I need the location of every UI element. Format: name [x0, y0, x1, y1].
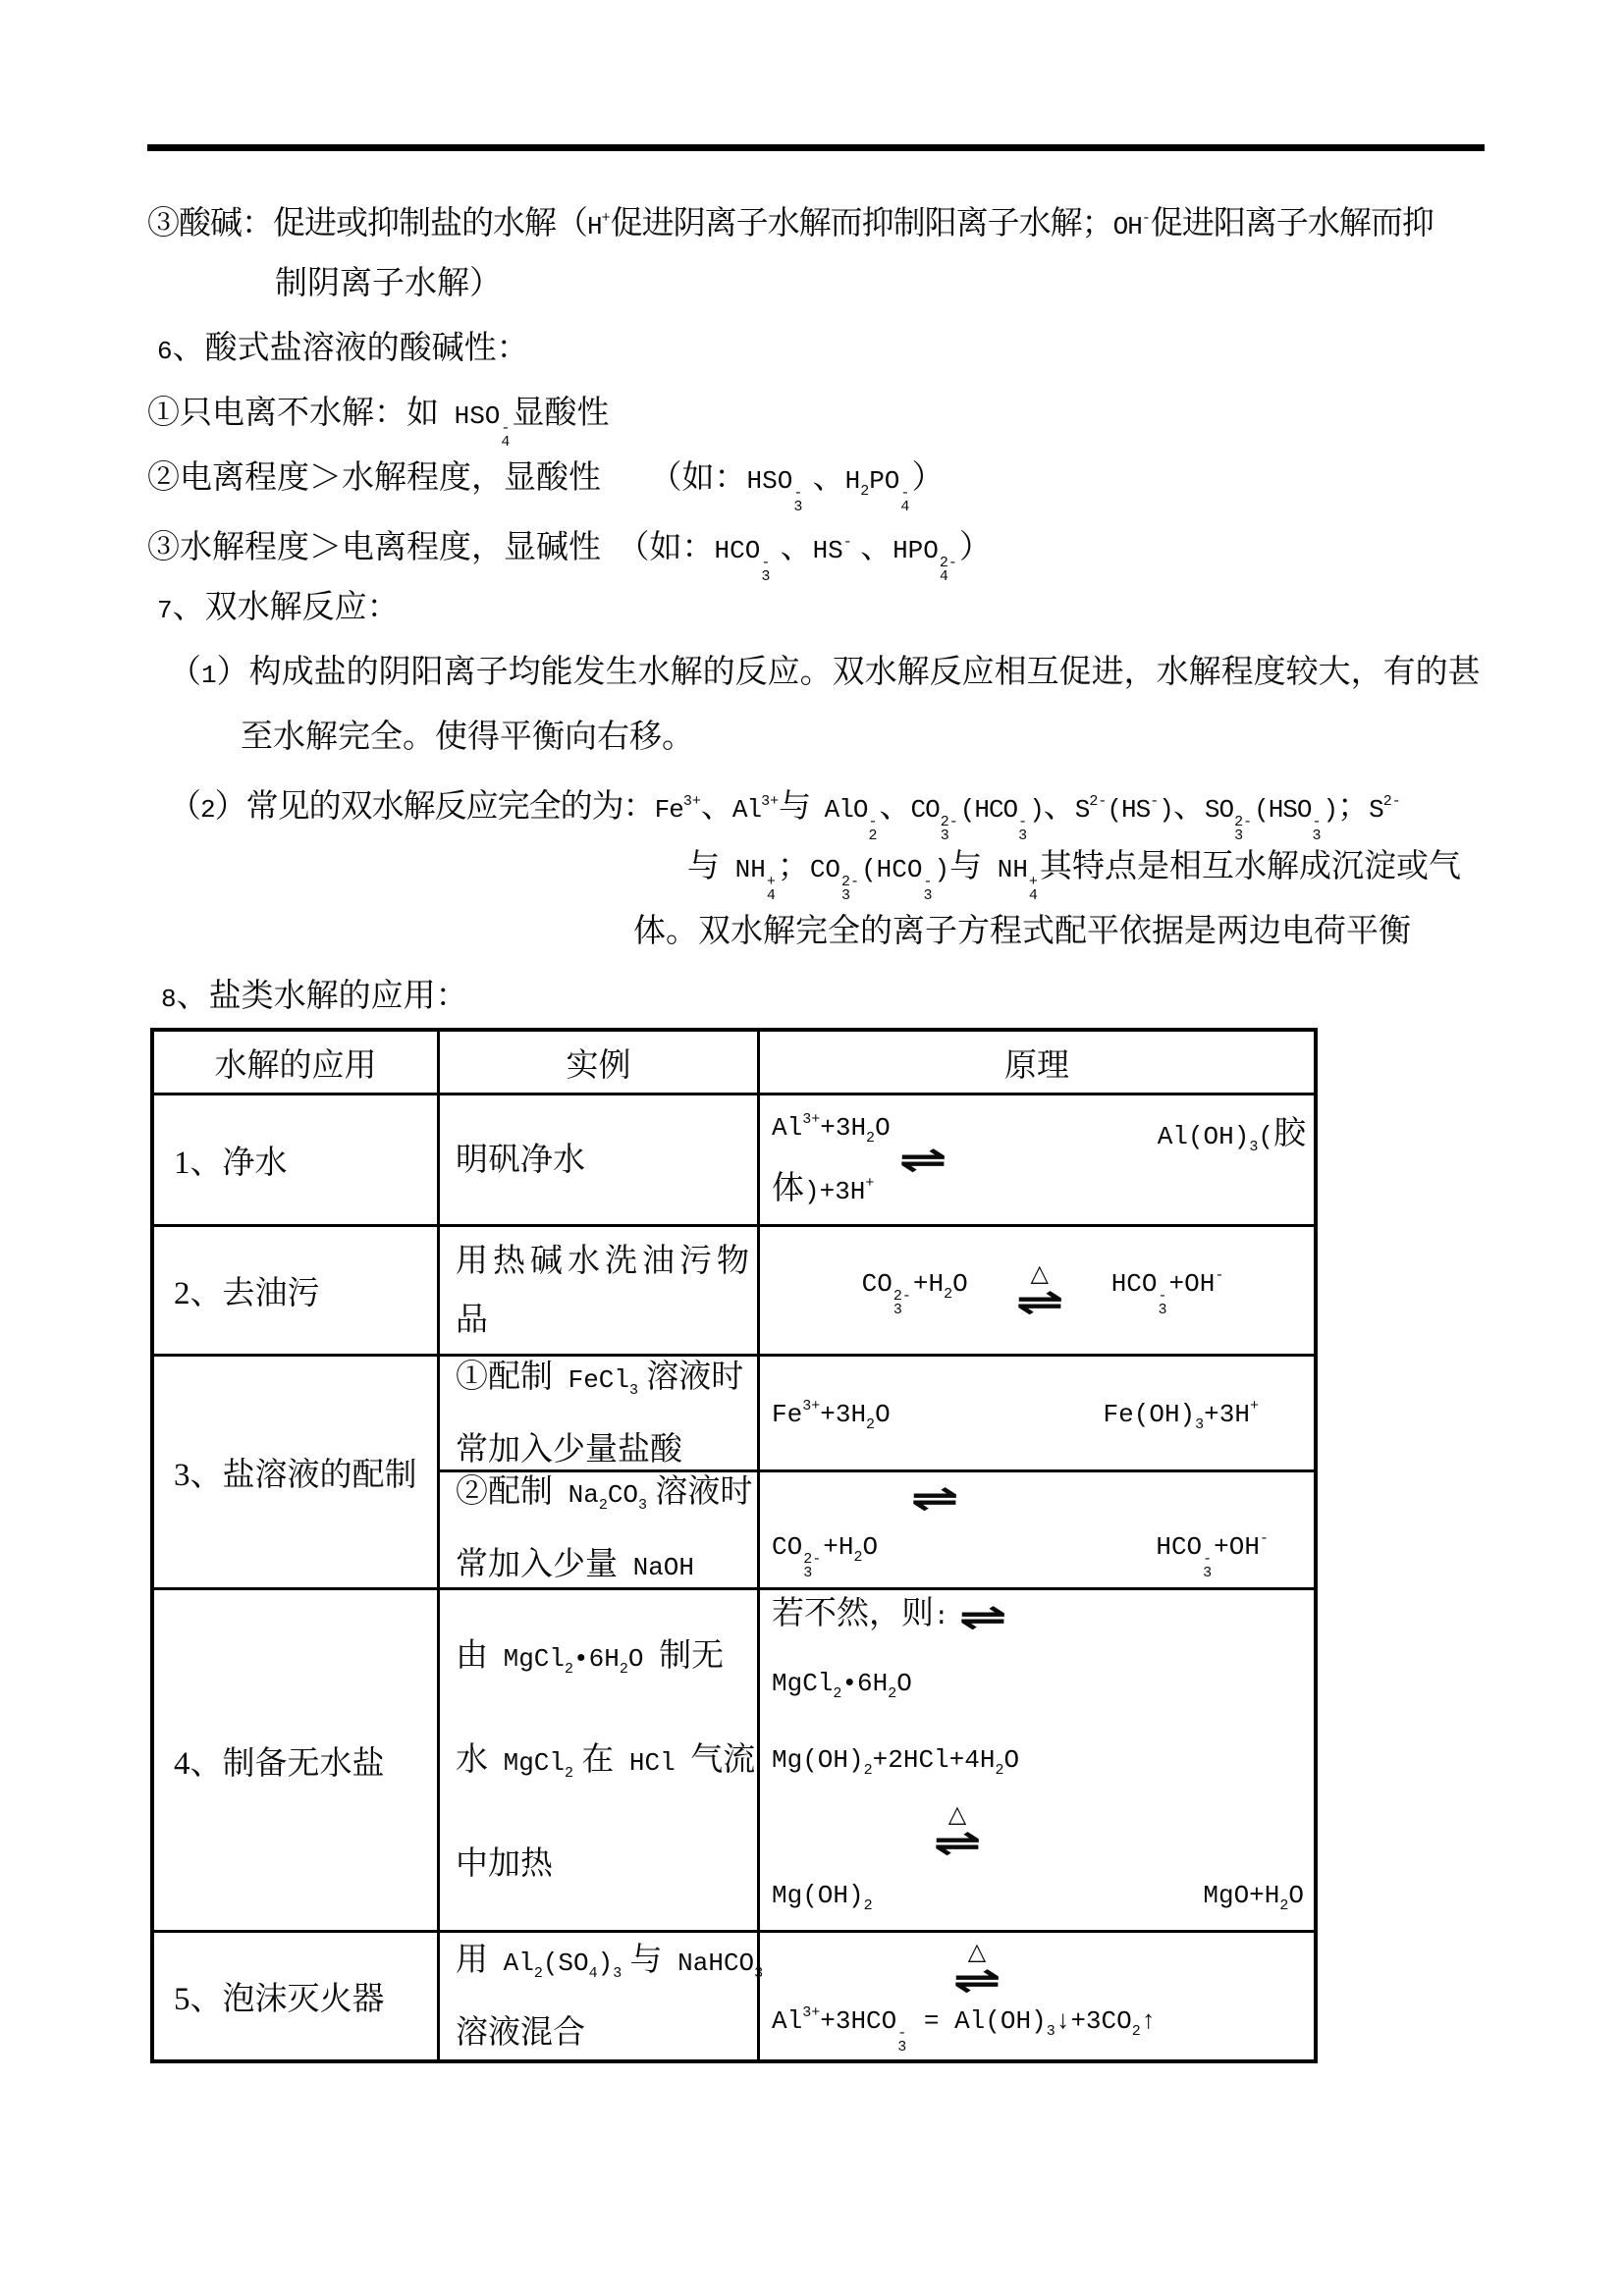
- row3b-example: ②配制 Na2CO3 溶液时 常加入少量 NaOH: [440, 1472, 760, 1590]
- equilibrium-arrow-icon: ⇌: [910, 1479, 958, 1517]
- notes-body: ③酸碱：促进或抑制盐的水解（H+促进阴离子水解而抑制阳离子水解；OH-促进阳离子…: [147, 187, 1522, 1029]
- row2-product: HCO-3+OH-: [1111, 1263, 1224, 1317]
- row5-equation: Al3++3HCO-3 = Al(OH)3↓+3CO2↑: [772, 2001, 1314, 2055]
- row1-reactant: Al3++3H2O: [772, 1107, 891, 1147]
- row3b-product: HCO-3+OH-: [1156, 1526, 1269, 1580]
- row4-example: 由 MgCl2•6H2O 制无 水 MgCl2 在 HCl 气流 中加热: [440, 1590, 760, 1933]
- column-header-application: 水解的应用: [154, 1032, 440, 1095]
- section6-item1: ①只电离不水解：如 HSO-4显酸性: [147, 381, 1522, 446]
- row3a-product: Fe(OH)3+3H+: [1104, 1394, 1259, 1433]
- column-header-example: 实例: [440, 1032, 760, 1095]
- row4-application: 4、制备无水盐: [154, 1590, 440, 1933]
- row2-principle: CO2-3+H2O △ ⇌ HCO-3+OH-: [760, 1227, 1314, 1357]
- row3b-principle: ⇌ CO2-3+H2O HCO-3+OH-: [760, 1472, 1314, 1590]
- row3b-reactant: CO2-3+H2O: [772, 1526, 878, 1580]
- hydrolysis-applications-table: 水解的应用 实例 原理 1、净水 明矾净水 Al3++3H2O Al(OH)3(…: [150, 1028, 1318, 2063]
- row4-equation3-left: Mg(OH)2: [772, 1861, 873, 1938]
- row3a-reactant: Fe3++3H2O: [772, 1394, 891, 1433]
- row1-example: 明矾净水: [440, 1095, 760, 1227]
- row1-application: 1、净水: [154, 1095, 440, 1227]
- heated-equilibrium-arrow-icon: △ ⇌: [1001, 1261, 1078, 1320]
- acid-base-note-line2: 制阴离子水解）: [147, 251, 1522, 316]
- section6-title: 6、酸式盐溶液的酸碱性：: [147, 316, 1522, 381]
- row2-application: 2、去油污: [154, 1227, 440, 1357]
- section7-point2-line2: 与 NH+4；CO2-3(HCO-3)与 NH+4其特点是相互水解成沉淀或气: [147, 834, 1522, 899]
- row3-application: 3、盐溶液的配制: [154, 1357, 440, 1590]
- row4-equation3-right: MgO+H2O: [1203, 1861, 1304, 1938]
- section7-title: 7、双水解反应：: [147, 575, 1522, 640]
- equilibrium-arrow-icon: ⇌: [933, 1824, 981, 1861]
- row4-equation1: MgCl2•6H2O: [772, 1649, 1314, 1726]
- row1-principle: Al3++3H2O Al(OH)3(胶 ⇌ 体)+3H+: [760, 1095, 1314, 1227]
- row3a-principle: Fe3++3H2O Fe(OH)3+3H+: [760, 1357, 1314, 1472]
- section8-title: 8、盐类水解的应用：: [147, 964, 1522, 1029]
- heated-equilibrium-arrow-icon: △ ⇌: [939, 1940, 1015, 1999]
- column-header-principle: 原理: [760, 1032, 1314, 1095]
- section7-point1-line1: （1）构成盐的阴阳离子均能发生水解的反应。双水解反应相互促进，水解程度较大，有的…: [147, 640, 1522, 705]
- section7-point2-line3: 体。双水解完全的离子方程式配平依据是两边电荷平衡: [147, 899, 1522, 964]
- row4-principle: 若不然，则:⇌ MgCl2•6H2O Mg(OH)2+2HCl+4H2O △ ⇌…: [760, 1590, 1314, 1933]
- heated-equilibrium-arrow-icon: △ ⇌: [919, 1802, 996, 1861]
- section7-point2-line1: （2）常见的双水解反应完全的为：Fe3+、Al3+与 AlO-2、CO2-3(H…: [147, 770, 1522, 834]
- row5-principle: △ ⇌ Al3++3HCO-3 = Al(OH)3↓+3CO2↑: [760, 1933, 1314, 2059]
- equilibrium-arrow-icon: ⇌: [1015, 1283, 1063, 1320]
- row5-application: 5、泡沫灭火器: [154, 1933, 440, 2059]
- row5-example: 用 Al2(SO4)3 与 NaHCO3 溶液混合: [440, 1933, 760, 2059]
- row4-equation2: Mg(OH)2+2HCl+4H2O: [772, 1726, 1314, 1802]
- section7-point1-line2: 至水解完全。使得平衡向右移。: [147, 705, 1522, 770]
- equilibrium-arrow-icon: ⇌: [952, 1961, 1001, 1999]
- equilibrium-arrow-icon: ⇌: [958, 1598, 1006, 1635]
- header-rule: [147, 144, 1485, 151]
- equilibrium-arrow-icon: ⇌: [898, 1141, 947, 1178]
- row1-product-part2: 体)+3H+: [772, 1162, 1306, 1208]
- document-page: ③酸碱：促进或抑制盐的水解（H+促进阴离子水解而抑制阳离子水解；OH-促进阳离子…: [0, 0, 1623, 2296]
- section6-item3: ③水解程度＞电离程度，显碱性 （如：HCO-3 、HS- 、HPO2-4）: [147, 510, 1522, 575]
- acid-base-note-line1: ③酸碱：促进或抑制盐的水解（H+促进阴离子水解而抑制阳离子水解；OH-促进阳离子…: [147, 187, 1522, 251]
- row2-example: 用热碱水洗油污物 品: [440, 1227, 760, 1357]
- row3a-example: ①配制 FeCl3 溶液时 常加入少量盐酸: [440, 1357, 760, 1472]
- row4-note-line: 若不然，则:⇌: [772, 1582, 1314, 1649]
- row2-reactant: CO2-3+H2O: [862, 1263, 968, 1317]
- row1-product-part1: Al(OH)3(胶: [1158, 1107, 1306, 1155]
- section6-item2: ②电离程度＞水解程度，显酸性 （如：HSO-3 、H2PO-4）: [147, 446, 1522, 510]
